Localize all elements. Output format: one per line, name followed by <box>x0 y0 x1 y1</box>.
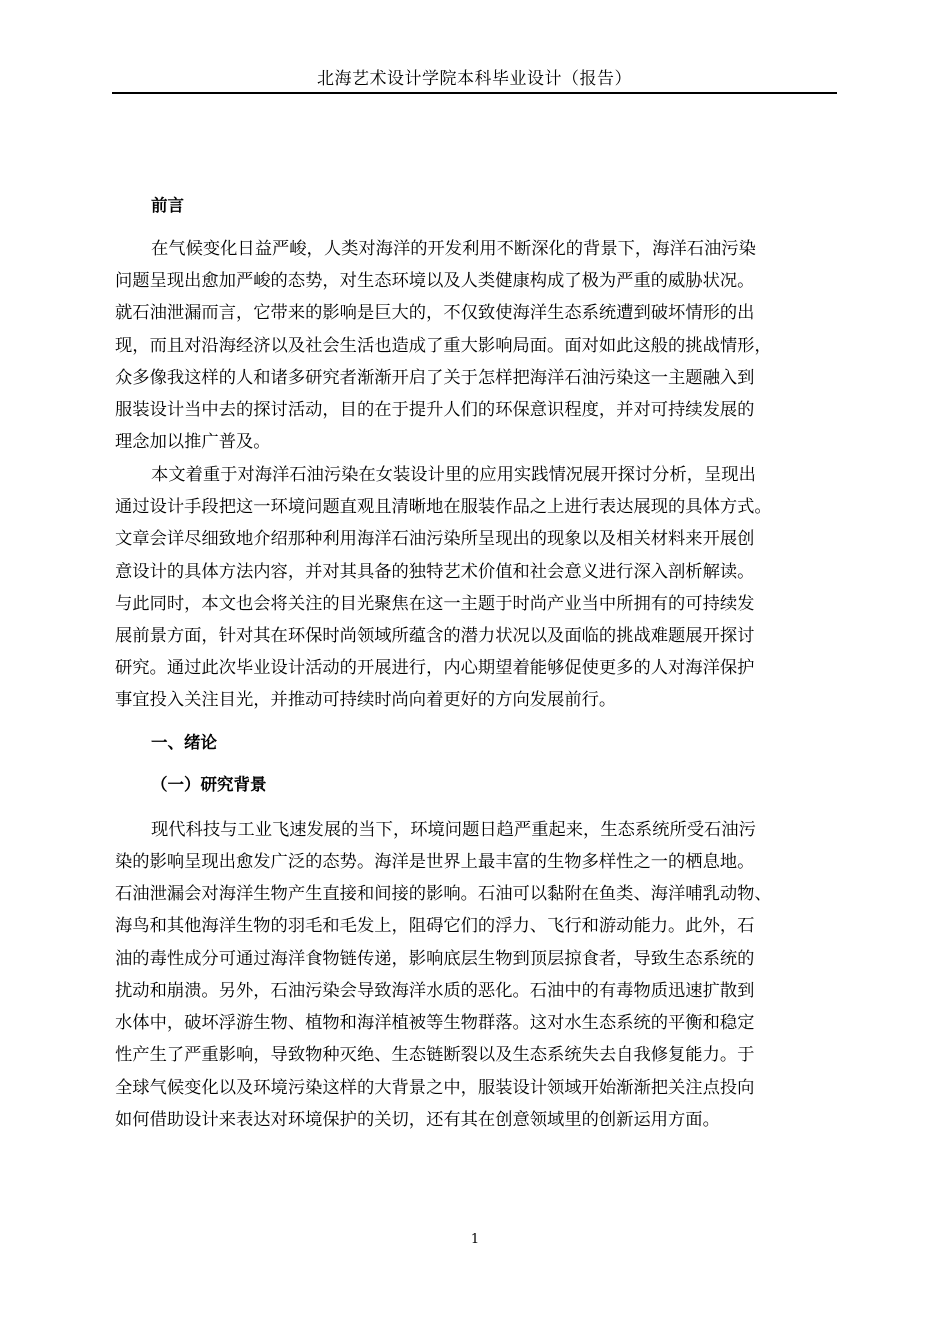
paragraph-line: 在气候变化日益严峻，人类对海洋的开发利用不断深化的背景下，海洋石油污染 <box>151 238 756 260</box>
chapter-heading: 一、绪论 <box>151 732 217 754</box>
paragraph-line: 就石油泄漏而言，它带来的影响是巨大的，不仅致使海洋生态系统遭到破坏情形的出 <box>115 302 754 324</box>
paragraph-line: 研究。通过此次毕业设计活动的开展进行，内心期望着能够促使更多的人对海洋保护 <box>115 657 754 679</box>
paragraph-line: 石油泄漏会对海洋生物产生直接和间接的影响。石油可以黏附在鱼类、海洋哺乳动物、 <box>115 883 772 905</box>
paragraph-line: 性产生了严重影响，导致物种灭绝、生态链断裂以及生态系统失去自我修复能力。于 <box>115 1044 754 1066</box>
paragraph-line: 众多像我这样的人和诸多研究者渐渐开启了关于怎样把海洋石油污染这一主题融入到 <box>115 367 754 389</box>
header-divider <box>112 92 837 94</box>
paragraph-line: 展前景方面，针对其在环保时尚领域所蕴含的潜力状况以及面临的挑战难题展开探讨 <box>115 625 754 647</box>
paragraph-line: 现，而且对沿海经济以及社会生活也造成了重大影响局面。面对如此这般的挑战情形， <box>115 335 772 357</box>
paragraph-line: 染的影响呈现出愈发广泛的态势。海洋是世界上最丰富的生物多样性之一的栖息地。 <box>115 851 754 873</box>
paragraph-line: 问题呈现出愈加严峻的态势，对生态环境以及人类健康构成了极为严重的威胁状况。 <box>115 270 754 292</box>
paragraph-line: 文章会详尽细致地介绍那种利用海洋石油污染所呈现出的现象以及相关材料来开展创 <box>115 528 754 550</box>
paragraph-line: 全球气候变化以及环境污染这样的大背景之中，服装设计领域开始渐渐把关注点投向 <box>115 1077 754 1099</box>
paragraph-line: 服装设计当中去的探讨活动，目的在于提升人们的环保意识程度，并对可持续发展的 <box>115 399 754 421</box>
paragraph-line: 意设计的具体方法内容，并对其具备的独特艺术价值和社会意义进行深入剖析解读。 <box>115 561 754 583</box>
paragraph-line: 本文着重于对海洋石油污染在女装设计里的应用实践情况展开探讨分析，呈现出 <box>151 464 756 486</box>
paragraph-line: 海鸟和其他海洋生物的羽毛和毛发上，阻碍它们的浮力、飞行和游动能力。此外，石 <box>115 915 754 937</box>
preface-heading: 前言 <box>151 195 184 217</box>
page-number: 1 <box>0 1232 950 1248</box>
paragraph-line: 现代科技与工业飞速发展的当下，环境问题日趋严重起来，生态系统所受石油污 <box>151 819 756 841</box>
paragraph-line: 扰动和崩溃。另外，石油污染会导致海洋水质的恶化。石油中的有毒物质迅速扩散到 <box>115 980 754 1002</box>
paragraph-line: 水体中，破坏浮游生物、植物和海洋植被等生物群落。这对水生态系统的平衡和稳定 <box>115 1012 754 1034</box>
paragraph-line: 油的毒性成分可通过海洋食物链传递，影响底层生物到顶层掠食者，导致生态系统的 <box>115 948 754 970</box>
page-header-title: 北海艺术设计学院本科毕业设计（报告） <box>112 68 837 90</box>
paragraph-line: 事宜投入关注目光，并推动可持续时尚向着更好的方向发展前行。 <box>115 689 616 711</box>
section-heading: （一）研究背景 <box>151 774 267 796</box>
paragraph-line: 理念加以推广普及。 <box>115 431 271 453</box>
paragraph-line: 通过设计手段把这一环境问题直观且清晰地在服装作品之上进行表达展现的具体方式。 <box>115 496 772 518</box>
paragraph-line: 如何借助设计来表达对环境保护的关切，还有其在创意领域里的创新运用方面。 <box>115 1109 720 1131</box>
paragraph-line: 与此同时，本文也会将关注的目光聚焦在这一主题于时尚产业当中所拥有的可持续发 <box>115 593 754 615</box>
